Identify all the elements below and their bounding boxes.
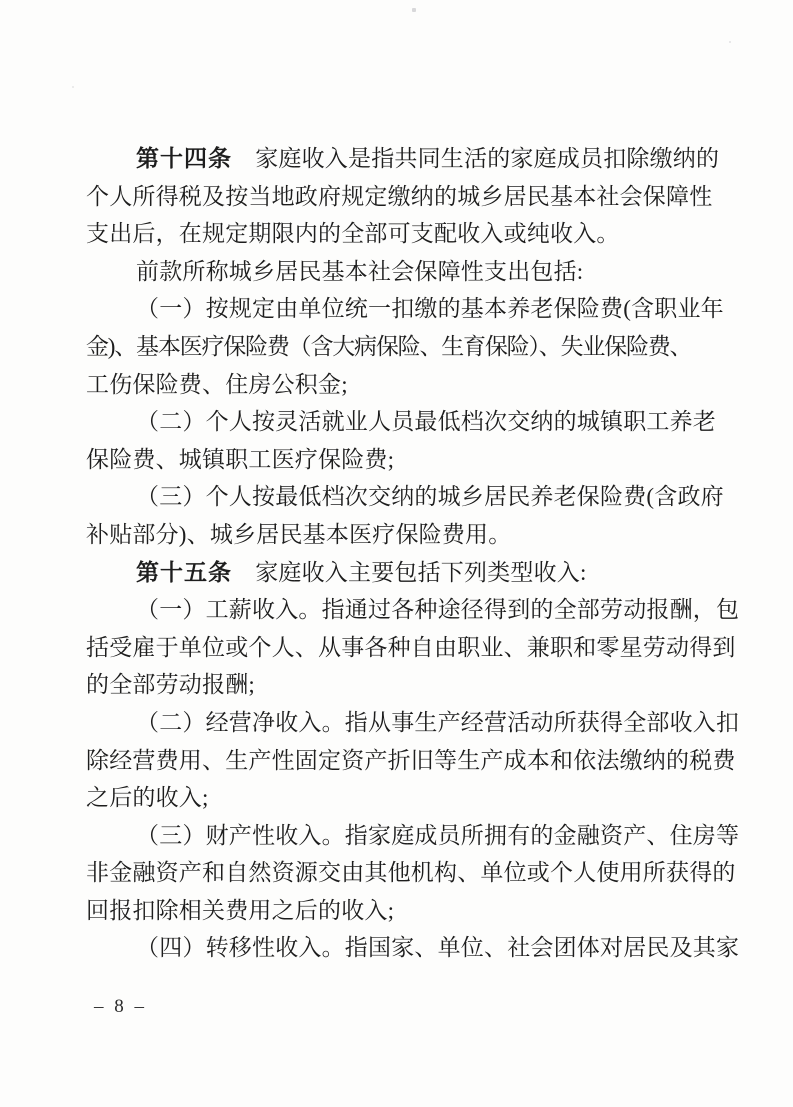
text-line: 第十四条 家庭收入是指共同生活的家庭成员扣除缴纳的 (86, 140, 710, 178)
page-number: – 8 – (94, 996, 147, 1018)
text-line: 补贴部分)、城乡居民基本医疗保险费用。 (86, 516, 710, 554)
text-line: 的全部劳动报酬; (86, 666, 710, 704)
scan-speck (729, 41, 731, 43)
text-line: 工伤保险费、住房公积金; (86, 366, 710, 404)
article-number: 第十五条 (136, 560, 232, 585)
text-line: （二）个人按灵活就业人员最低档次交纳的城镇职工养老 (86, 403, 710, 441)
text-line: 个人所得税及按当地政府规定缴纳的城乡居民基本社会保障性 (86, 178, 710, 216)
text-line: （一）按规定由单位统一扣缴的基本养老保险费(含职业年 (86, 290, 710, 328)
text-line: 第十五条 家庭收入主要包括下列类型收入: (86, 554, 710, 592)
scan-speck (412, 8, 416, 12)
text-line: （二）经营净收入。指从事生产经营活动所获得全部收入扣 (86, 704, 710, 742)
text-line-body: 家庭收入主要包括下列类型收入: (232, 560, 587, 585)
text-line: 金)、基本医疗保险费（含大病保险、生育保险）、失业保险费、 (86, 328, 710, 366)
text-line: 括受雇于单位或个人、从事各种自由职业、兼职和零星劳动得到 (86, 629, 710, 667)
text-line: 之后的收入; (86, 779, 710, 817)
document-body: 第十四条 家庭收入是指共同生活的家庭成员扣除缴纳的个人所得税及按当地政府规定缴纳… (86, 140, 710, 967)
text-line: 保险费、城镇职工医疗保险费; (86, 441, 710, 479)
text-line: 除经营费用、生产性固定资产折旧等生产成本和依法缴纳的税费 (86, 742, 710, 780)
text-line: 前款所称城乡居民基本社会保障性支出包括: (86, 253, 710, 291)
scan-speck (72, 86, 74, 88)
text-line: 非金融资产和自然资源交由其他机构、单位或个人使用所获得的 (86, 854, 710, 892)
text-line: 支出后，在规定期限内的全部可支配收入或纯收入。 (86, 215, 710, 253)
scanned-document-page: 第十四条 家庭收入是指共同生活的家庭成员扣除缴纳的个人所得税及按当地政府规定缴纳… (0, 0, 793, 1107)
text-line: （四）转移性收入。指国家、单位、社会团体对居民及其家 (86, 929, 710, 967)
article-number: 第十四条 (136, 146, 232, 171)
text-line: 回报扣除相关费用之后的收入; (86, 892, 710, 930)
text-line: （三）财产性收入。指家庭成员所拥有的金融资产、住房等 (86, 817, 710, 855)
text-line: （三）个人按最低档次交纳的城乡居民养老保险费(含政府 (86, 478, 710, 516)
text-line: （一）工薪收入。指通过各种途径得到的全部劳动报酬，包 (86, 591, 710, 629)
text-line-body: 家庭收入是指共同生活的家庭成员扣除缴纳的 (232, 146, 719, 171)
